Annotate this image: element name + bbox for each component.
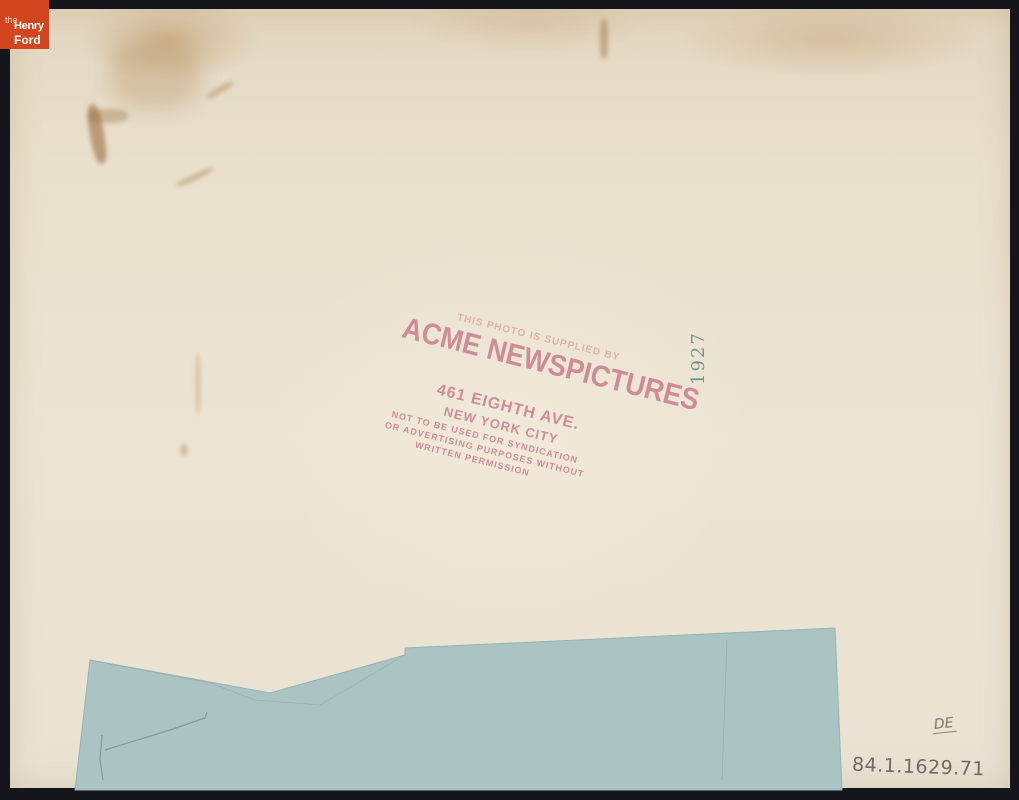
henry-ford-logo[interactable]: the Henry Ford (0, 0, 49, 49)
pencil-initials: DE (931, 715, 956, 734)
logo-henry: Henry (14, 20, 44, 32)
accession-number: 84.1.1629.71 (852, 754, 986, 781)
stain (110, 39, 200, 109)
stain (180, 444, 188, 456)
stain (176, 166, 215, 188)
date-stamp: 1927 (688, 331, 709, 385)
stain (195, 354, 201, 414)
stain (206, 80, 235, 100)
stain (88, 109, 128, 123)
logo-ford: Ford (14, 33, 41, 47)
stain (600, 19, 608, 59)
